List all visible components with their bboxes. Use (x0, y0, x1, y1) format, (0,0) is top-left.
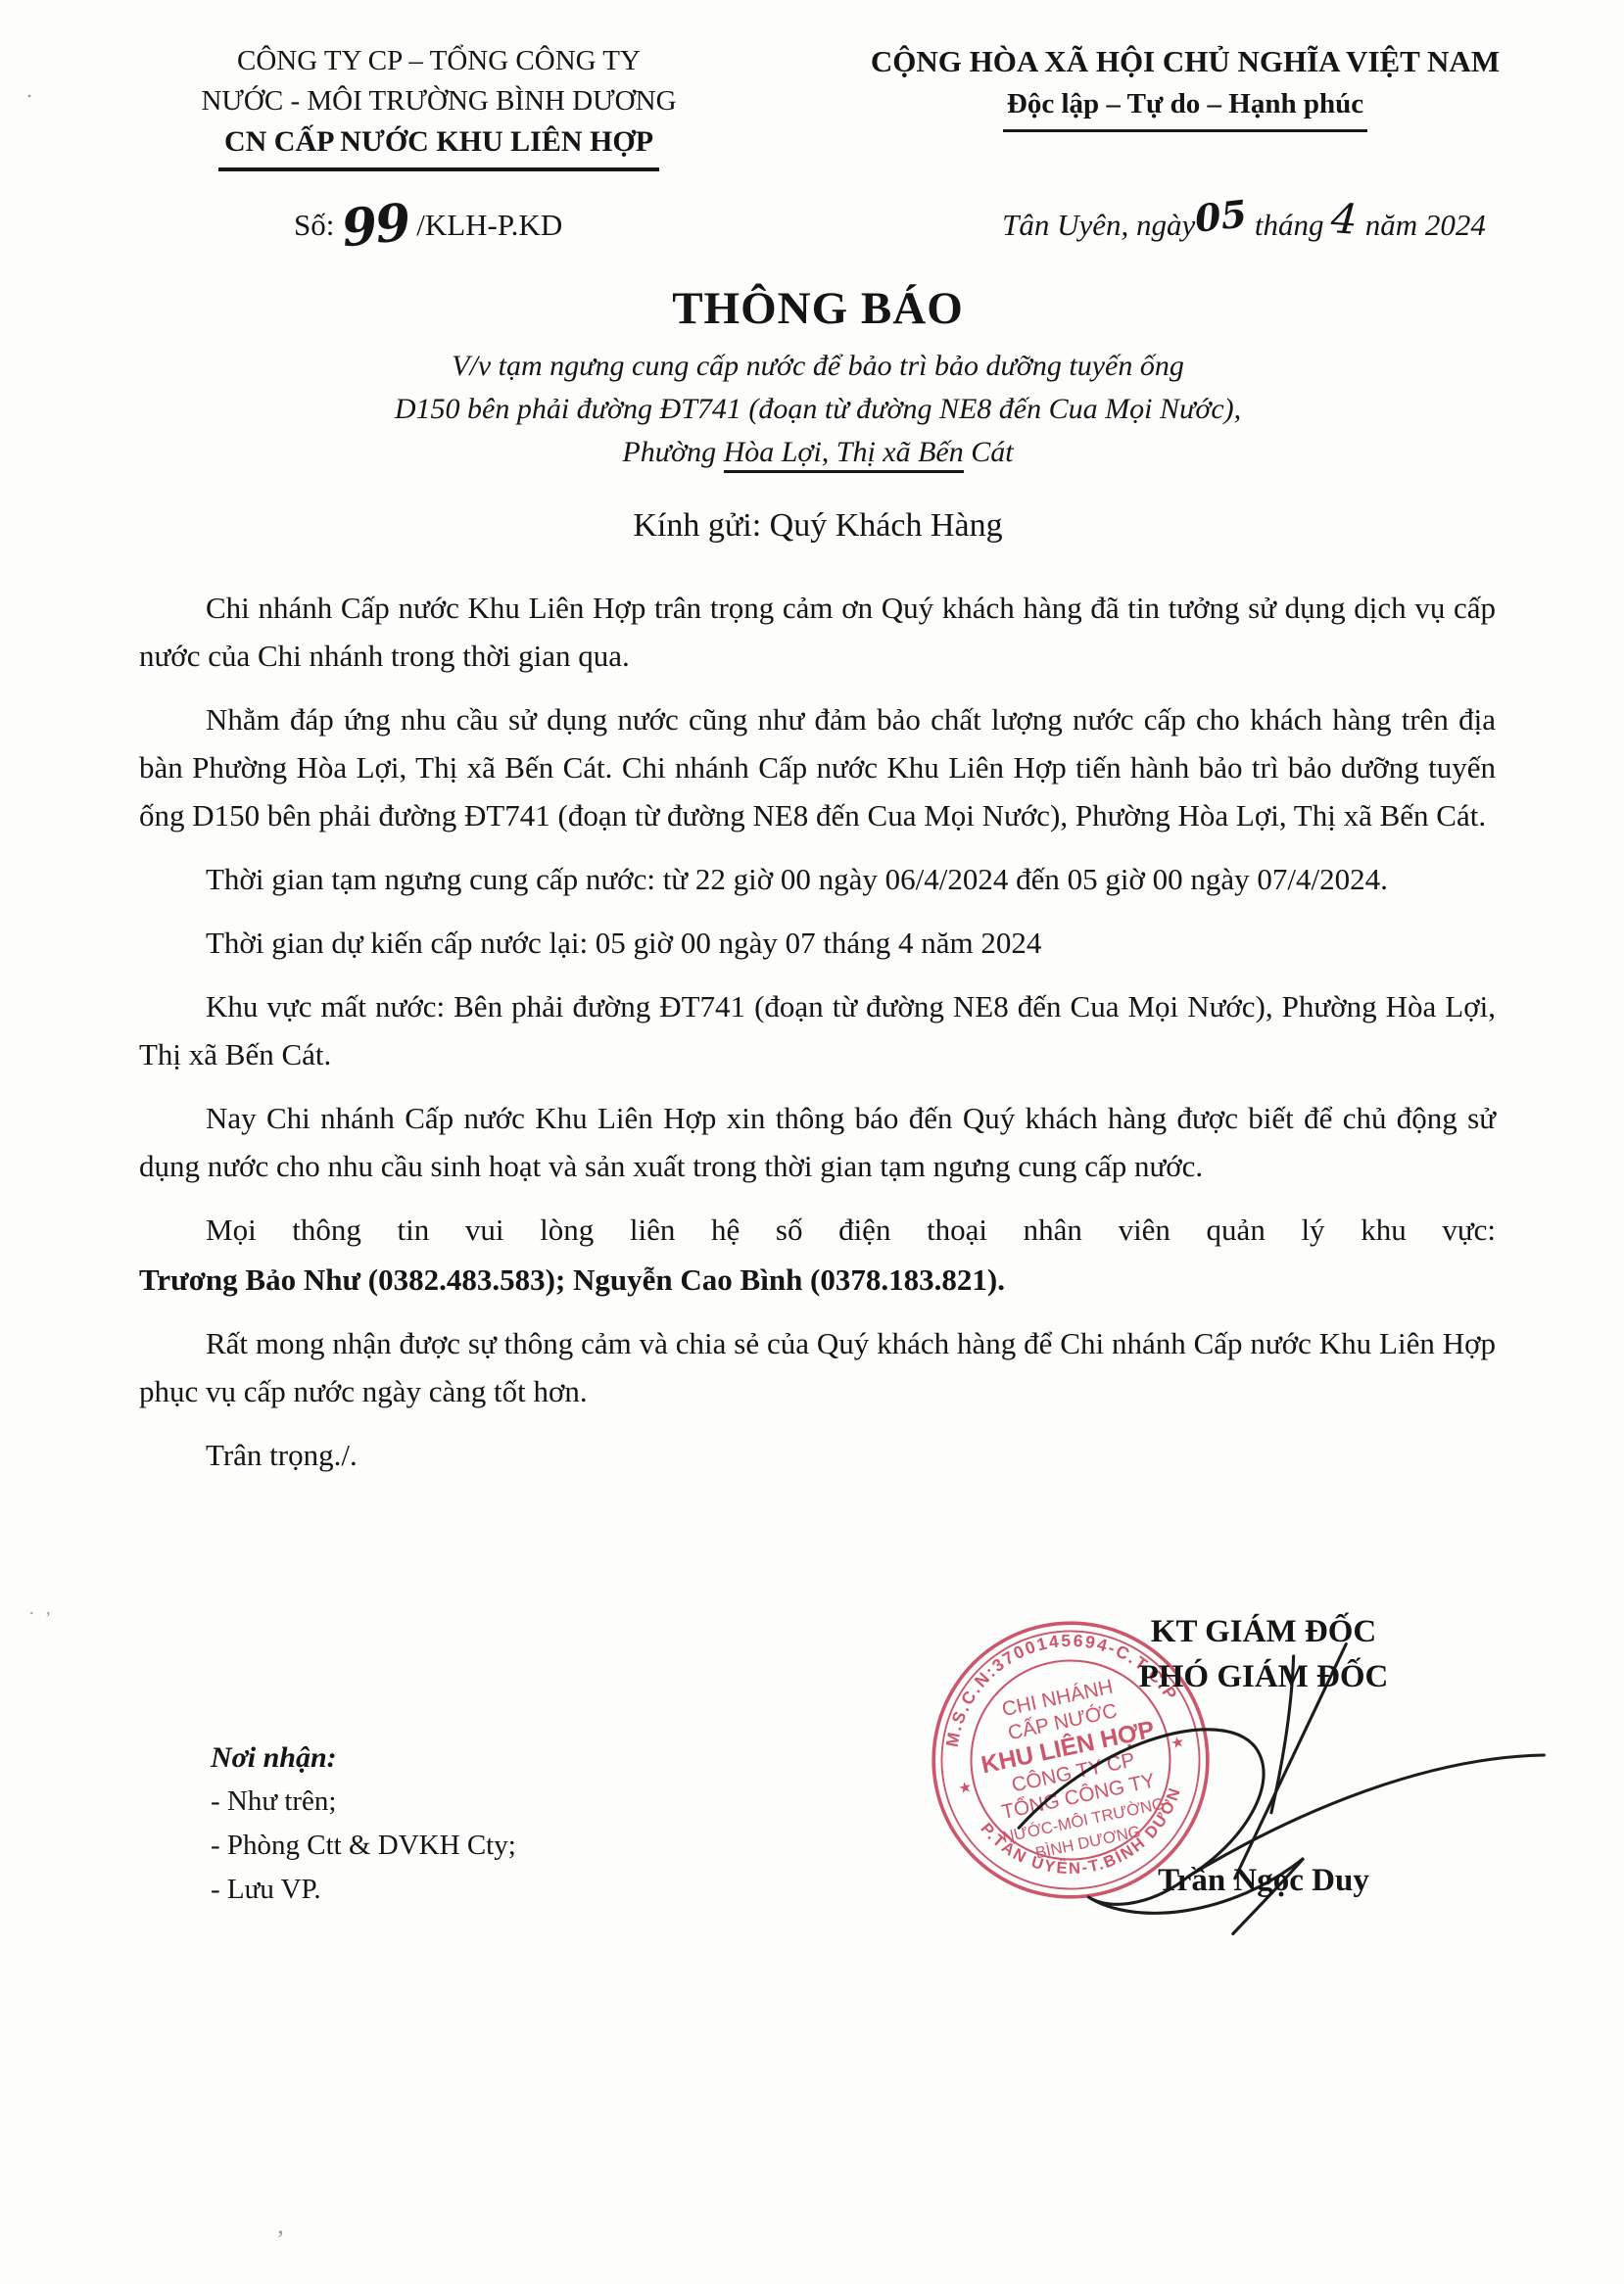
recipients-block: Nơi nhận: - Như trên; - Phòng Ctt & DVKH… (211, 1736, 516, 1912)
recipient-item: - Lưu VP. (211, 1868, 516, 1912)
regards-line: Trân trọng./. (139, 1431, 1496, 1479)
paragraph-affected-area: Khu vực mất nước: Bên phải đường ĐT741 (… (139, 982, 1496, 1078)
reference-number-line: Số: 99 /KLH-P.KD (294, 208, 562, 243)
scan-artifact: ’ (276, 2225, 285, 2255)
company-line-1: CÔNG TY CP – TỔNG CÔNG TY (125, 41, 752, 81)
date-month-handwritten: 4 (1331, 218, 1358, 220)
ref-code: /KLH-P.KD (416, 208, 562, 242)
document-title: THÔNG BÁO (137, 282, 1499, 335)
date-month-label: tháng (1255, 208, 1324, 242)
company-line-2: NƯỚC - MÔI TRƯỜNG BÌNH DƯƠNG (125, 81, 752, 121)
document-subtitle: V/v tạm ngưng cung cấp nước để bảo trì b… (137, 345, 1499, 474)
salutation: Kính gửi: Quý Khách Hàng (137, 507, 1499, 545)
subtitle-line-1: V/v tạm ngưng cung cấp nước để bảo trì b… (137, 345, 1499, 388)
signer-name: Trần Ngọc Duy (1019, 1863, 1508, 1899)
subtitle-line-3-underlined: Hòa Lợi, Thị xã Bến (724, 436, 964, 473)
national-motto-line-1: CỘNG HÒA XÃ HỘI CHỦ NGHĨA VIỆT NAM (813, 41, 1557, 82)
date-day-handwritten: 05 (1195, 214, 1247, 219)
subtitle-line-2: D150 bên phải đường ĐT741 (đoạn từ đường… (137, 388, 1499, 431)
ref-number-handwritten: 99 (342, 222, 408, 229)
national-motto-line-2: Độc lập – Tự do – Hạnh phúc (1003, 83, 1367, 132)
scan-artifact: . , (29, 1598, 55, 1619)
stamp-star-left-icon: ★ (957, 1779, 974, 1798)
subtitle-line-3-prefix: Phường (622, 436, 723, 468)
signer-role-subtitle: PHÓ GIÁM ĐỐC (1019, 1659, 1508, 1695)
recipient-item: - Phòng Ctt & DVKH Cty; (211, 1824, 516, 1868)
paragraph-contact-intro: Mọi thông tin vui lòng liên hệ số điện t… (139, 1206, 1496, 1254)
paragraph-restore-time: Thời gian dự kiến cấp nước lại: 05 giờ 0… (139, 919, 1496, 967)
paragraph-maintenance: Nhằm đáp ứng nhu cầu sử dụng nước cũng n… (139, 695, 1496, 839)
contact-names-phones: Trương Bảo Như (0382.483.583); Nguyễn Ca… (139, 1256, 1496, 1304)
paragraph-thanks: Chi nhánh Cấp nước Khu Liên Hợp trân trọ… (139, 584, 1496, 680)
date-place-prefix: Tân Uyên, ngày (1002, 208, 1195, 242)
recipients-label: Nơi nhận: (211, 1736, 516, 1780)
company-branch-name: CN CẤP NƯỚC KHU LIÊN HỢP (218, 121, 659, 171)
date-line: Tân Uyên, ngày05 tháng 4 năm 2024 (931, 208, 1557, 243)
ref-label: Số: (294, 208, 334, 242)
scan-artifact: · (25, 84, 33, 111)
header-national-block: CỘNG HÒA XÃ HỘI CHỦ NGHĨA VIỆT NAM Độc l… (813, 41, 1557, 132)
subtitle-line-3-suffix: Cát (964, 436, 1014, 468)
paragraph-outage-time: Thời gian tạm ngưng cung cấp nước: từ 22… (139, 855, 1496, 903)
letter-body: Chi nhánh Cấp nước Khu Liên Hợp trân trọ… (139, 584, 1496, 1495)
signer-role-title: KT GIÁM ĐỐC (1019, 1614, 1508, 1650)
header-company-block: CÔNG TY CP – TỔNG CÔNG TY NƯỚC - MÔI TRƯ… (125, 41, 752, 171)
subtitle-line-3: Phường Hòa Lợi, Thị xã Bến Cát (137, 431, 1499, 474)
paragraph-notice: Nay Chi nhánh Cấp nước Khu Liên Hợp xin … (139, 1094, 1496, 1190)
recipient-item: - Như trên; (211, 1780, 516, 1824)
paragraph-apology: Rất mong nhận được sự thông cảm và chia … (139, 1319, 1496, 1415)
date-year: năm 2024 (1365, 208, 1486, 242)
